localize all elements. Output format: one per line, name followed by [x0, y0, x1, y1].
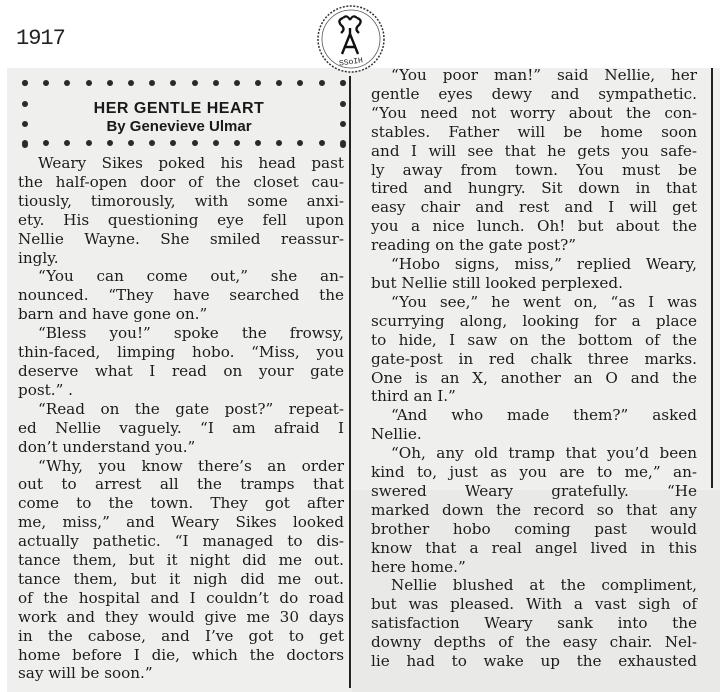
right-border-rule — [711, 68, 713, 488]
text-line: don’t understand you.” — [18, 438, 344, 457]
text-line: “Hobo signs, miss,” replied Weary, — [371, 255, 697, 274]
text-line: satisfaction Weary sank into the — [371, 614, 697, 633]
text-line: “Bless you!” spoke the frowsy, — [18, 324, 344, 343]
text-line: come to the town. They got after — [18, 494, 344, 513]
right-column-text: “You poor man!” said Nellie, hergentle e… — [371, 66, 697, 671]
text-line: in the cabose, and I’ve got to get — [18, 627, 344, 646]
text-line: tance them, but it night did me out. — [18, 551, 344, 570]
title-box: HER GENTLE HEART By Genevieve Ulmar — [12, 80, 346, 148]
text-line: third an I.” — [371, 387, 697, 406]
year-label: 1917 — [16, 26, 65, 51]
text-line: kind to, just as you are to me,” an- — [371, 463, 697, 482]
text-line: “You need not worry about the con- — [371, 104, 697, 123]
article-title: HER GENTLE HEART — [12, 100, 346, 118]
text-line: nounced. “They have searched the — [18, 286, 344, 305]
text-line: but was pleased. With a vast sigh of — [371, 595, 697, 614]
text-line: here home.” — [371, 558, 697, 577]
text-line: “Read on the gate post?” repeat- — [18, 400, 344, 419]
text-line: say will be soon.” — [18, 664, 344, 683]
text-line: reading on the gate post?” — [371, 236, 697, 255]
left-column-text: Weary Sikes poked his head pastthe half-… — [18, 154, 344, 683]
text-line: work and they would give me 30 days — [18, 608, 344, 627]
text-line: but Nellie still looked perplexed. — [371, 274, 697, 293]
text-line: swered Weary gratefully. “He — [371, 482, 697, 501]
text-line: know that a real angel lived in this — [371, 539, 697, 558]
text-line: Nellie blushed at the compliment, — [371, 576, 697, 595]
text-line: marked down the record so that any — [371, 501, 697, 520]
text-line: scurrying along, looking for a place — [371, 312, 697, 331]
text-line: post.” . — [18, 381, 344, 400]
column-divider — [349, 76, 351, 688]
text-line: “Oh, any old tramp that you’d been — [371, 444, 697, 463]
text-line: Nellie Wayne. She smiled reassur- — [18, 230, 344, 249]
text-line: Nellie. — [371, 425, 697, 444]
text-line: One is an X, another an O and the — [371, 369, 697, 388]
text-line: tiously, timorously, with some anxi- — [18, 192, 344, 211]
text-line: brother hobo coming past would — [371, 520, 697, 539]
text-line: tance them, but it nigh did me out. — [18, 570, 344, 589]
text-line: “You can come out,” she an- — [18, 267, 344, 286]
text-line: stables. Father will be home soon — [371, 123, 697, 142]
text-line: ingly. — [18, 249, 344, 268]
text-line: ly away from town. You must be — [371, 161, 697, 180]
text-line: ed Nellie vaguely. “I am afraid I — [18, 419, 344, 438]
text-line: ety. His questioning eye fell upon — [18, 211, 344, 230]
dot-border-bottom — [22, 140, 346, 148]
text-line: barn and have gone on.” — [18, 305, 344, 324]
text-line: deserve what I read on your gate — [18, 362, 344, 381]
text-line: and I will see that he gets you safe- — [371, 142, 697, 161]
text-line: tired and hungry. Sit down in that — [371, 179, 697, 198]
text-line: you a nice lunch. Oh! but about the — [371, 217, 697, 236]
text-line: home before I die, which the doctors — [18, 646, 344, 665]
text-line: “You see,” he went on, “as I was — [371, 293, 697, 312]
ssoih-seal-icon: SSoIH — [313, 4, 389, 74]
text-line: me, miss,” and Weary Sikes looked — [18, 513, 344, 532]
text-line: “Why, you know there’s an order — [18, 457, 344, 476]
text-line: to hide, I saw on the bottom of the — [371, 331, 697, 350]
article-byline: By Genevieve Ulmar — [12, 118, 346, 135]
text-line: thin-faced, limping hobo. “Miss, you — [18, 343, 344, 362]
text-line: gentle eyes dewy and sympathetic. — [371, 85, 697, 104]
text-line: “You poor man!” said Nellie, her — [371, 66, 697, 85]
text-line: Weary Sikes poked his head past — [18, 154, 344, 173]
text-line: downy depths of the easy chair. Nel- — [371, 633, 697, 652]
text-line: out to arrest all the tramps that — [18, 475, 344, 494]
text-line: actually pathetic. “I managed to dis- — [18, 532, 344, 551]
text-line: of the hospital and I couldn’t do road — [18, 589, 344, 608]
text-line: “And who made them?” asked — [371, 406, 697, 425]
text-line: lie had to wake up the exhausted — [371, 652, 697, 671]
text-line: gate-post in red chalk three marks. — [371, 350, 697, 369]
dot-border-top — [22, 80, 346, 88]
text-line: the half-open door of the closet cau- — [18, 173, 344, 192]
text-line: easy chair and rest and I will get — [371, 198, 697, 217]
